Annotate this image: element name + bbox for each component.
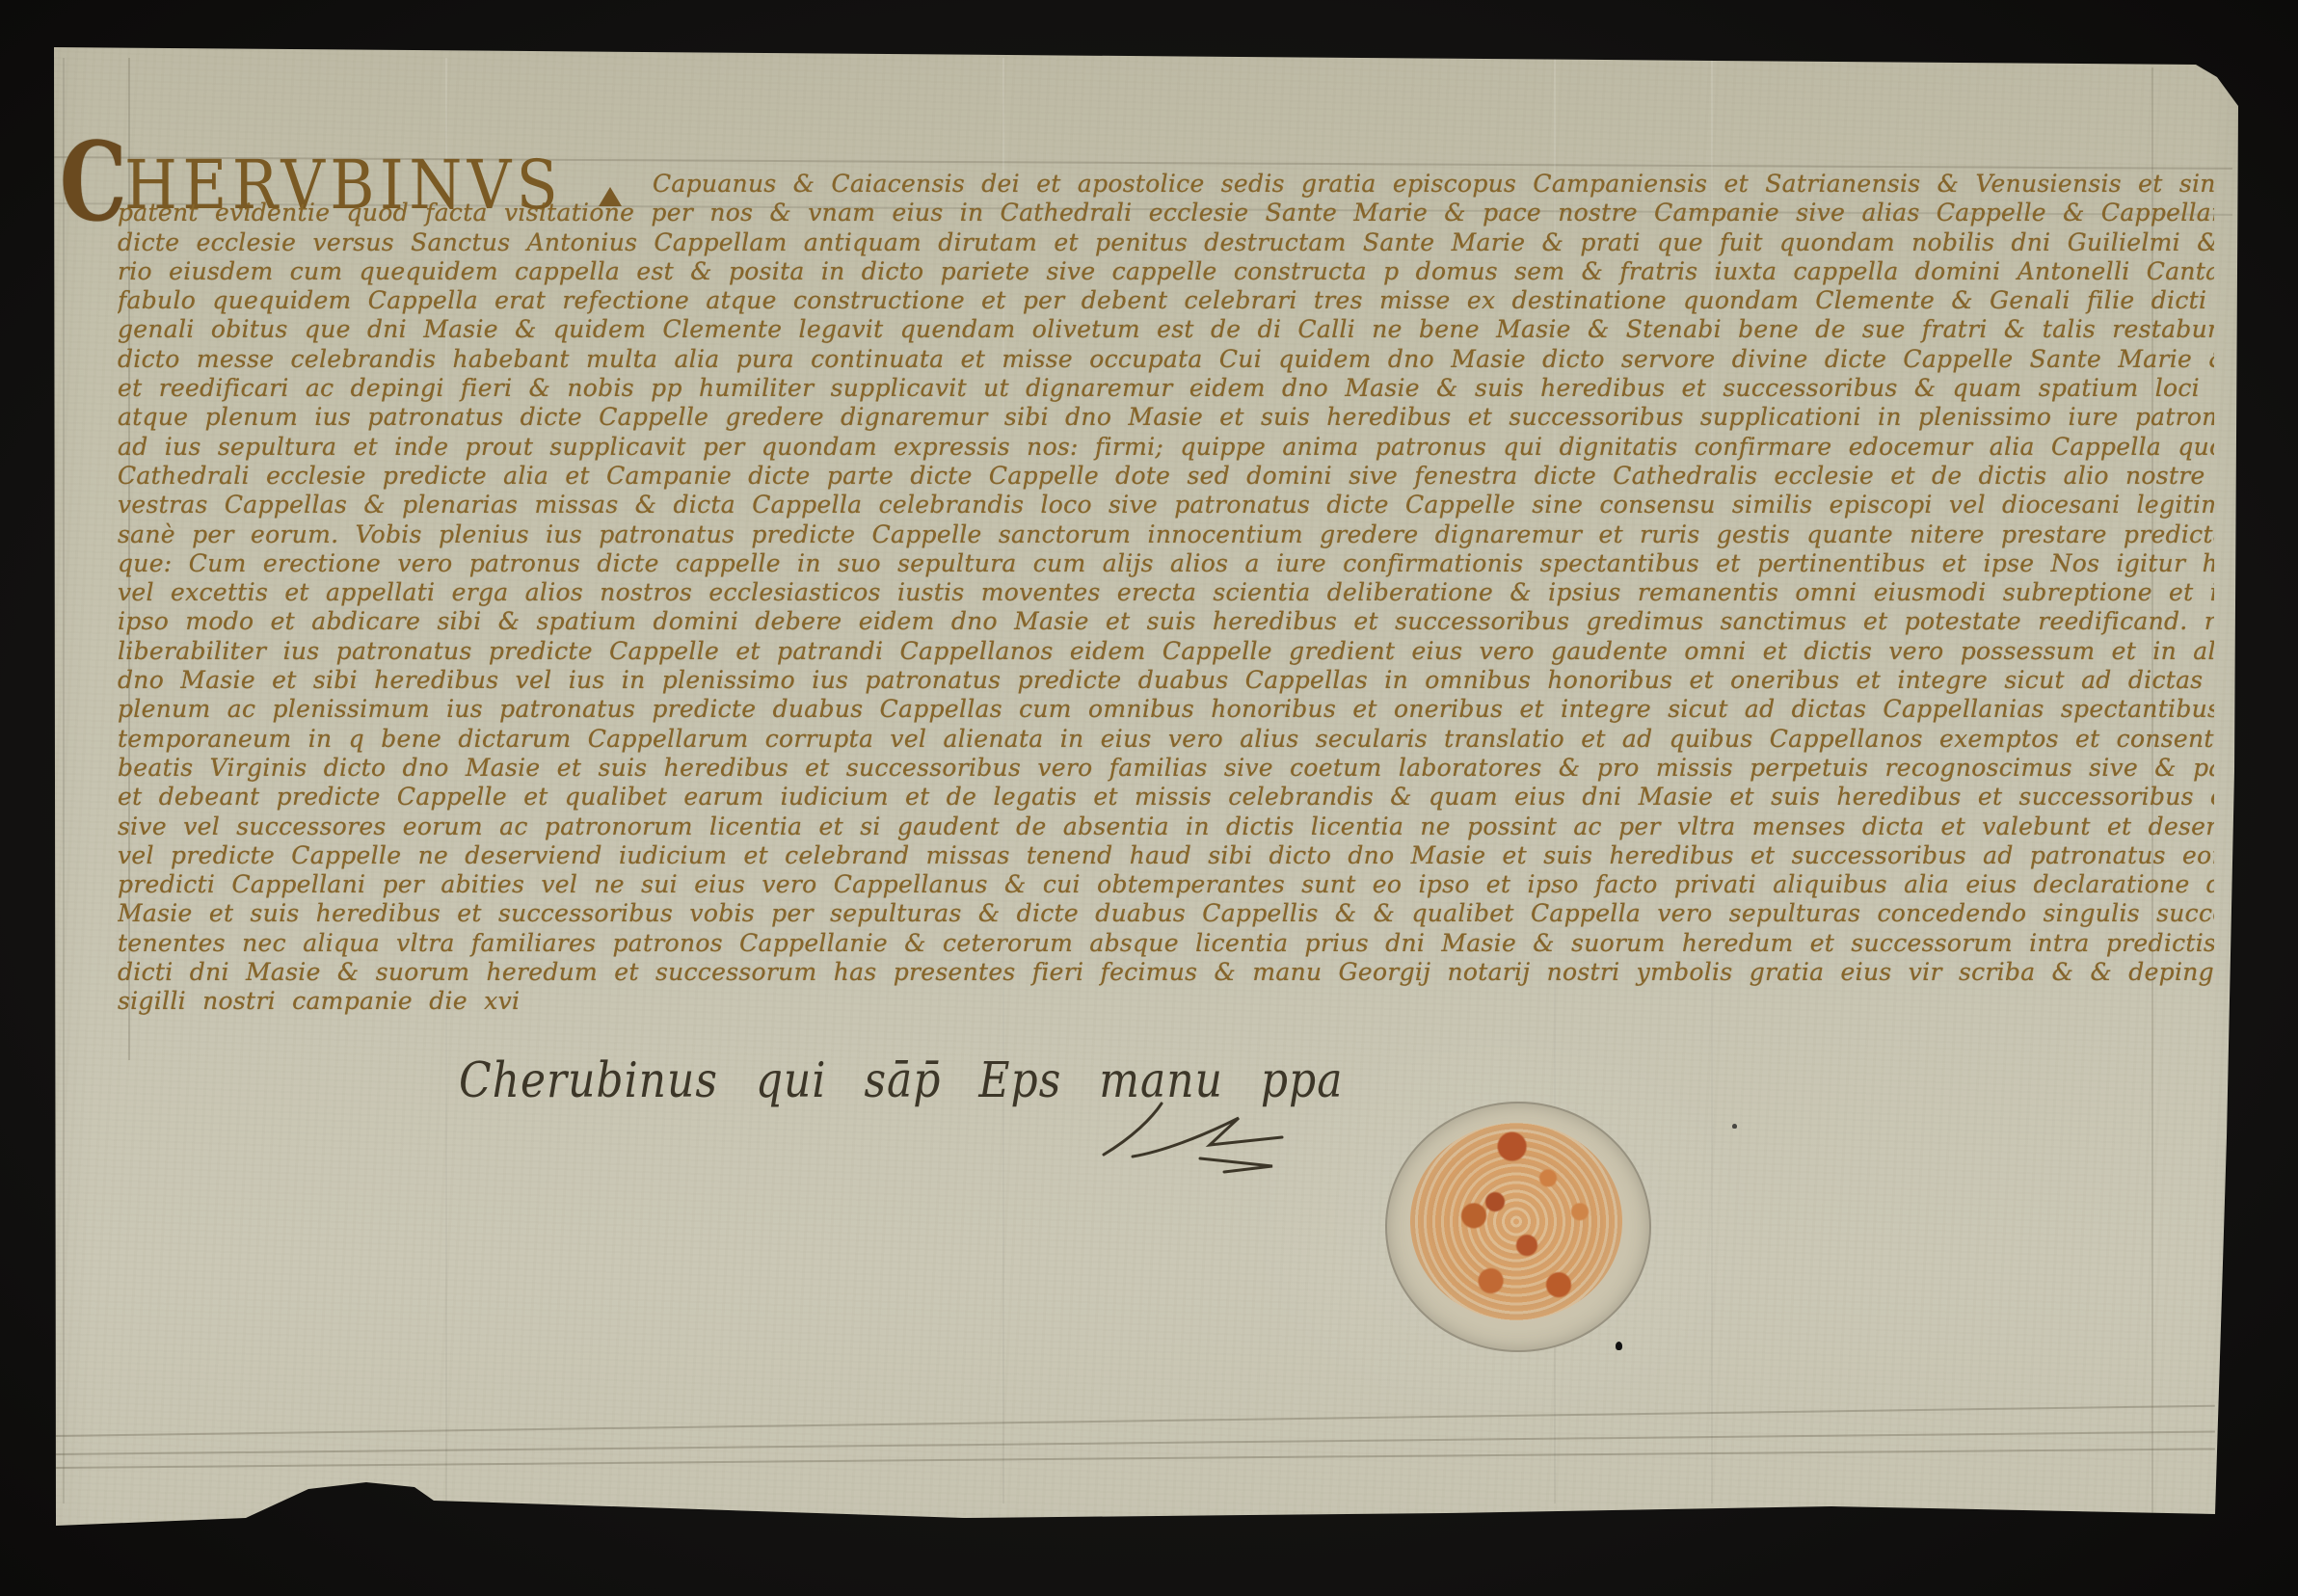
- text-line: plenum ac plenissimum ius patronatus pre…: [118, 695, 2214, 724]
- ink-spot: [1732, 1124, 1737, 1129]
- text-line: que: Cum erectione vero patronus dicte c…: [118, 549, 2214, 578]
- text-line: beatis Virginis dicto dno Masie et suis …: [118, 754, 2214, 783]
- bottom-ruling-3: [56, 1448, 2215, 1468]
- text-line: vel predicte Cappelle ne deserviend iudi…: [118, 841, 2214, 870]
- text-line: predicti Cappellani per abities vel ne s…: [118, 870, 2214, 899]
- text-line: sanè per eorum. Vobis plenius ius patron…: [118, 520, 2214, 549]
- text-line: ad ius sepultura et inde prout supplicav…: [118, 433, 2214, 462]
- text-line: fabulo quequidem Cappella erat refection…: [118, 286, 2214, 315]
- text-line: Cathedrali ecclesie predicte alia et Cam…: [118, 462, 2214, 491]
- text-line: temporaneum in q bene dictarum Cappellar…: [118, 725, 2214, 754]
- text-line: dicte ecclesie versus Sanctus Antonius C…: [118, 228, 2214, 257]
- text-line: tenentes nec aliqua vltra familiares pat…: [118, 929, 2214, 958]
- bottom-ruling-1: [56, 1405, 2215, 1437]
- text-line: sigilli nostri campanie die xvi mensis I…: [118, 987, 532, 1016]
- text-line: genali obitus que dni Masie & quidem Cle…: [118, 315, 2214, 344]
- text-line: rio eiusdem cum quequidem cappella est &…: [118, 257, 2214, 286]
- text-line: Masie et suis heredibus et successoribus…: [118, 899, 2214, 928]
- text-line: dno Masie et sibi heredibus vel ius in p…: [118, 666, 2214, 695]
- charter-body: Capuanus & Caiacensis dei et apostolice …: [118, 170, 2214, 1017]
- text-line: vel excettis et appellati erga alios nos…: [118, 578, 2214, 607]
- signature-flourish-icon: [1094, 1099, 1287, 1176]
- bottom-ruling-2: [56, 1431, 2215, 1455]
- text-line: ipso modo et abdicare sibi & spatium dom…: [118, 607, 2214, 636]
- text-line: liberabiliter ius patronatus predicte Ca…: [118, 637, 2214, 666]
- text-line: vestras Cappellas & plenarias missas & d…: [118, 491, 2214, 519]
- text-line: sive vel successores eorum ac patronorum…: [118, 812, 2214, 841]
- ink-spot: [1616, 1342, 1622, 1350]
- text-line: dicti dni Masie & suorum heredum et succ…: [118, 958, 2214, 987]
- text-line: et debeant predicte Cappelle et qualibet…: [118, 783, 2214, 811]
- text-line: patent evidentie quod facta visitatione …: [118, 199, 2214, 227]
- text-line: dicto messe celebrandis habebant multa a…: [118, 345, 2214, 374]
- seal-wax-remnant: [1410, 1123, 1622, 1320]
- text-line: atque plenum ius patronatus dicte Cappel…: [118, 403, 2214, 432]
- text-line: Capuanus & Caiacensis dei et apostolice …: [118, 170, 2214, 199]
- left-margin-ruling: [63, 58, 65, 1503]
- text-line: et reedificari ac depingi fieri & nobis …: [118, 374, 2214, 403]
- wax-seal: [1385, 1102, 1651, 1352]
